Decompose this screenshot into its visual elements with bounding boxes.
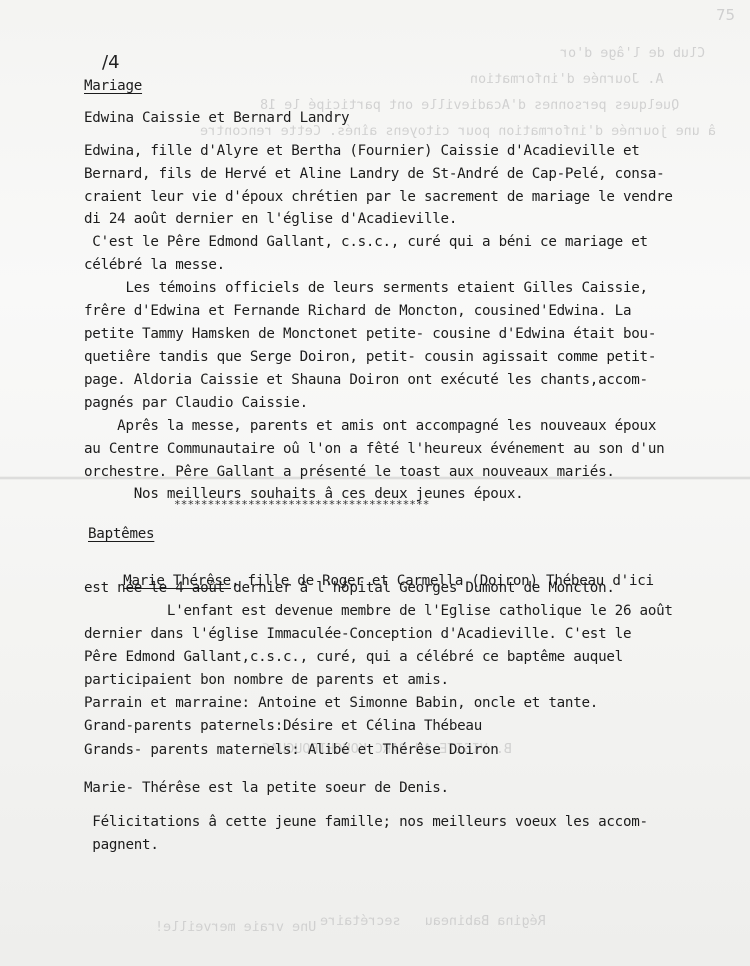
godparents-line: Parrain et marraine: Antoine et Simonne … [84,695,598,711]
mariage-line: Bernard, fils de Hervé et Aline Landry d… [84,166,664,182]
page-marker: /4 [102,52,120,73]
mariage-line: petite Tammy Hamsken de Monctonet petite… [84,326,656,342]
mariage-line: pagnés par Claudio Caissie. [84,395,308,411]
mariage-line: quetiêre tandis que Serge Doiron, petit-… [84,349,656,365]
bleed-through-text: Club de l'âge d'or [560,46,705,61]
mariage-line: di 24 août dernier en l'église d'Acadiev… [84,211,457,227]
scanned-page: Club de l'âge d'or A. Journée d'informat… [0,0,750,966]
mariage-line: Aprês la messe, parents et amis ont acco… [84,418,656,434]
bapteme-line: dernier dans l'église Immaculée-Concepti… [84,626,631,642]
closing-line: pagnent. [84,837,159,853]
couple-names: Edwina Caissie et Bernard Landry [84,110,349,126]
bapteme-line: L'enfant est devenue membre de l'Eglise … [84,603,673,619]
mariage-line: Edwina, fille d'Alyre et Bertha (Fournie… [84,143,640,159]
mariage-line: C'est le Pêre Edmond Gallant, c.s.c., cu… [84,234,648,250]
mariage-line: Les témoins officiels de leurs serments … [84,280,648,296]
bapteme-line: participaient bon nombre de parents et a… [84,672,449,688]
section-heading-baptemes: Baptêmes [88,526,154,542]
mariage-line: au Centre Communautaire oû l'on a fêté l… [84,441,664,457]
mariage-line: frêre d'Edwina et Fernande Richard de Mo… [84,303,631,319]
mariage-line: orchestre. Pêre Gallant a présenté le to… [84,464,615,480]
mariage-line: craient leur vie d'époux chrétien par le… [84,189,673,205]
bapteme-line: Pêre Edmond Gallant,c.s.c., curé, qui a … [84,649,623,665]
closing-line: Félicitations â cette jeune famille; nos… [84,814,648,830]
paternal-grandparents-line: Grand-parents paternels:Désire et Célina… [84,718,482,734]
bleed-through-text: Une vraie merveille! [155,920,316,935]
section-heading-mariage: Mariage [84,78,142,94]
sibling-note: Marie- Thérêse est la petite soeur de De… [84,780,449,796]
corner-page-mark: 75 [716,6,735,24]
mariage-line: page. Aldoria Caissie et Shauna Doiron o… [84,372,648,388]
bapteme-line: est née le 4 août dernier â l'hôpital Ge… [84,580,615,596]
bleed-through-text: A. Journée d'information [470,72,663,87]
mariage-line: célébré la messe. [84,257,225,273]
bleed-through-text: Régina Babineau secrétaire [320,914,546,929]
bleed-through-text: â une journée d'information pour citoyen… [200,124,716,139]
section-separator: ************************************** [174,498,429,511]
maternal-grandparents-line: Grands- parents maternels: Alibé et Thér… [84,742,499,758]
